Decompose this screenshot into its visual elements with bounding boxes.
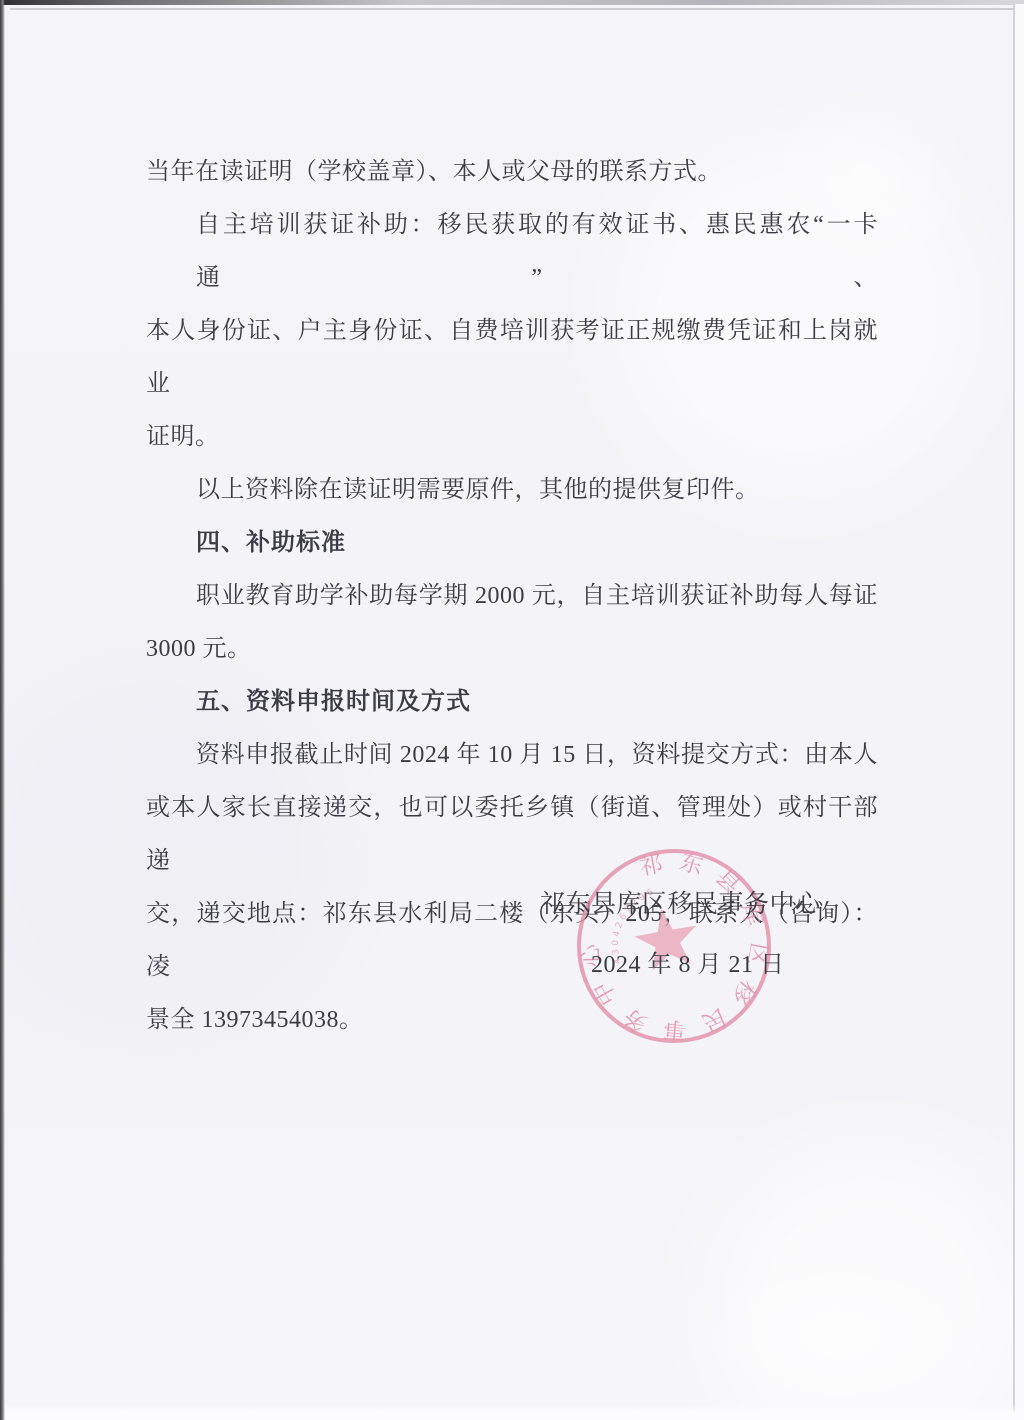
scan-edge-top-rule [10, 8, 1018, 10]
signature-org-name: 祁东县库区移民事务中心 [540, 884, 821, 920]
section-heading-4: 四、补助标准 [146, 517, 878, 570]
section-heading-5: 五、资料申报时间及方式 [146, 676, 878, 729]
signature-date: 2024 年 8 月 21 日 [591, 944, 785, 979]
scan-edge-right-line [1013, 4, 1015, 1420]
scan-edge-top [0, 0, 1024, 5]
paragraph-line: 以上资料除在读证明需要原件，其他的提供复印件。 [146, 464, 878, 517]
paragraph-line: 当年在读证明（学校盖章）、本人或父母的联系方式。 [146, 146, 878, 199]
scan-edge-right-outer [1015, 4, 1024, 1420]
scanned-document-page: 当年在读证明（学校盖章）、本人或父母的联系方式。 自主培训获证补助：移民获取的有… [0, 0, 1024, 1420]
scan-edge-left [0, 0, 5, 1420]
paragraph-line: 职业教育助学补助每学期 2000 元，自主培训获证补助每人每证 [146, 570, 878, 623]
scan-artifact [700, 1260, 980, 1410]
paragraph-line: 资料申报截止时间 2024 年 10 月 15 日，资料提交方式：由本人 [146, 729, 878, 782]
paragraph-line: 本人身份证、户主身份证、自费培训获考证正规缴费凭证和上岗就业 [146, 305, 878, 411]
paragraph-line: 证明。 [146, 411, 878, 464]
scan-edge-bottom [5, 1404, 1024, 1420]
paragraph-line: 3000 元。 [146, 623, 878, 676]
paragraph-line: 自主培训获证补助：移民获取的有效证书、惠民惠农“一卡通”、 [146, 199, 878, 305]
